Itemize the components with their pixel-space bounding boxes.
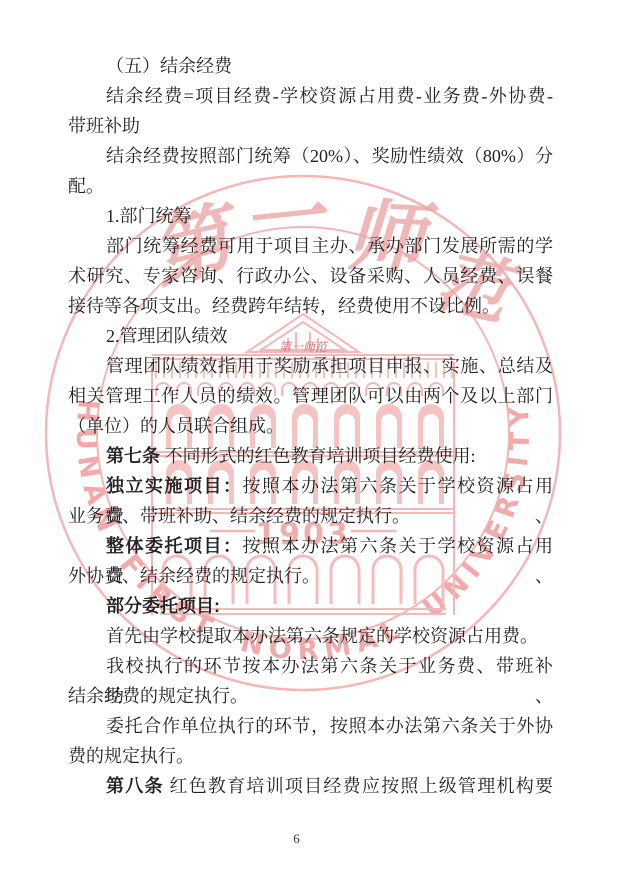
text-line: 术研究、专家咨询、行政办公、设备采购、人员经费、误餐 xyxy=(68,261,553,291)
text-segment: （五）结余经费 xyxy=(106,56,232,76)
text-line: 1.部门统筹 xyxy=(68,201,553,231)
text-segment: 首先由学校提取本办法第六条规定的学校资源占用费。 xyxy=(106,626,538,646)
text-segment: 带班补助 xyxy=(68,116,140,136)
text-segment: 部门统筹经费可用于项目主办、承办部门发展所需的学 xyxy=(106,236,553,256)
text-segment: 相关管理工作人员的绩效。管理团队可以由两个及以上部门 xyxy=(68,386,553,406)
text-line: （五）结余经费 xyxy=(68,51,553,81)
text-segment: 费的规定执行。 xyxy=(68,746,194,766)
text-segment: 配。 xyxy=(68,176,104,196)
bold-text-segment: 整体委托项目： xyxy=(106,536,243,556)
text-line: 管理团队绩效指用于奖励承担项目申报、实施、总结及 xyxy=(68,351,553,381)
text-segment: 业务费、带班补助、结余经费的规定执行。 xyxy=(68,506,410,526)
text-segment: 1.部门统筹 xyxy=(106,206,192,226)
document-page: HUNAN FIRST NORMAL UNIVERSITY xyxy=(0,0,619,886)
text-line: 委托合作单位执行的环节，按照本办法第六条关于外协 xyxy=(68,711,553,741)
bold-text-segment: 独立实施项目： xyxy=(106,476,243,496)
text-line: 整体委托项目：按照本办法第六条关于学校资源占用费、 xyxy=(68,531,553,561)
text-segment: 术研究、专家咨询、行政办公、设备采购、人员经费、误餐 xyxy=(68,266,553,286)
text-line: 带班补助 xyxy=(68,111,553,141)
text-line: 部分委托项目: xyxy=(68,591,553,621)
text-segment: 结余经费的规定执行。 xyxy=(68,686,248,706)
text-line: 部门统筹经费可用于项目主办、承办部门发展所需的学 xyxy=(68,231,553,261)
text-line: 结余经费按照部门统筹（20%）、奖励性绩效（80%）分 xyxy=(68,141,553,171)
text-line: 相关管理工作人员的绩效。管理团队可以由两个及以上部门 xyxy=(68,381,553,411)
text-line: 配。 xyxy=(68,171,553,201)
bold-text-segment: 第七条 xyxy=(106,446,160,466)
text-segment: 接待等各项支出。经费跨年结转，经费使用不设比例。 xyxy=(68,296,500,316)
text-segment: 外协费、结余经费的规定执行。 xyxy=(68,566,320,586)
text-segment: （单位）的人员联合组成。 xyxy=(68,416,284,436)
text-segment: 结余经费=项目经费-学校资源占用费-业务费-外协费- xyxy=(106,86,553,106)
text-line: （单位）的人员联合组成。 xyxy=(68,411,553,441)
text-segment: 2.管理团队绩效 xyxy=(106,326,228,346)
text-segment: 结余经费按照部门统筹（20%）、奖励性绩效（80%）分 xyxy=(106,146,553,166)
text-line: 第八条 红色教育培训项目经费应按照上级管理机构要 xyxy=(68,771,553,801)
text-segment: 红色教育培训项目经费应按照上级管理机构要 xyxy=(164,776,553,796)
bold-text-segment: 第八条 xyxy=(106,776,164,796)
text-line: 第七条 不同形式的红色教育培训项目经费使用: xyxy=(68,441,553,471)
text-line: 结余经费=项目经费-学校资源占用费-业务费-外协费- xyxy=(68,81,553,111)
text-line: 首先由学校提取本办法第六条规定的学校资源占用费。 xyxy=(68,621,553,651)
text-line: 独立实施项目：按照本办法第六条关于学校资源占用费、 xyxy=(68,471,553,501)
page-number: 6 xyxy=(0,831,593,847)
text-line: 我校执行的环节按本办法第六条关于业务费、带班补助、 xyxy=(68,651,553,681)
text-line: 接待等各项支出。经费跨年结转，经费使用不设比例。 xyxy=(68,291,553,321)
text-segment: 委托合作单位执行的环节，按照本办法第六条关于外协 xyxy=(106,716,553,736)
text-line: 费的规定执行。 xyxy=(68,741,553,771)
text-line: 2.管理团队绩效 xyxy=(68,321,553,351)
document-body: （五）结余经费结余经费=项目经费-学校资源占用费-业务费-外协费-带班补助结余经… xyxy=(68,51,553,801)
text-segment: 管理团队绩效指用于奖励承担项目申报、实施、总结及 xyxy=(106,356,553,376)
text-segment: 不同形式的红色教育培训项目经费使用: xyxy=(160,446,476,466)
bold-text-segment: 部分委托项目: xyxy=(106,596,220,616)
